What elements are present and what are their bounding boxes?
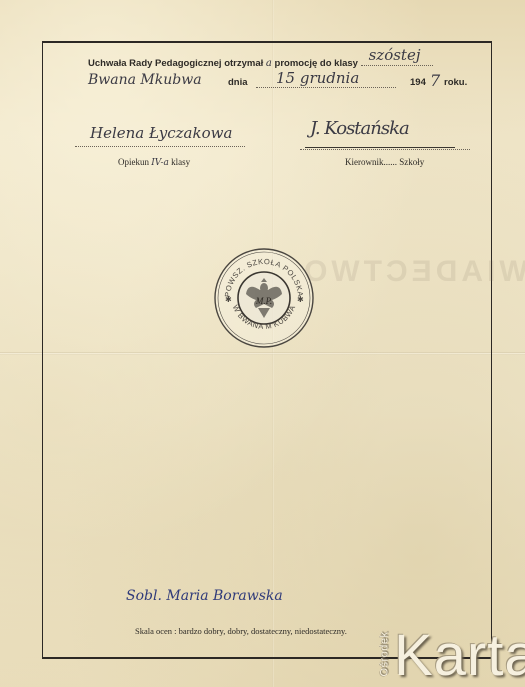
place-handwritten: Bwana Mkubwa <box>88 72 202 88</box>
watermark-small: Ośrodek <box>380 628 394 684</box>
day-month-handwritten: 15 grudnia <box>276 69 359 87</box>
svg-text:M.P.: M.P. <box>255 296 272 306</box>
gender-suffix-handwritten: a <box>266 58 272 69</box>
grading-scale: Skala ocen : bardzo dobry, dobry, dostat… <box>135 626 347 636</box>
right-signature: J. Kostańska <box>310 118 409 139</box>
bottom-handwritten-signature: Sobl. Maria Borawska <box>126 588 283 604</box>
left-signature-line <box>75 145 245 147</box>
karta-watermark: Ośrodek Karta <box>380 628 525 684</box>
caption-opiekun: Opiekun <box>118 157 149 167</box>
promotion-printed-middle: promocję do klasy <box>275 58 358 69</box>
svg-text:✱: ✱ <box>225 295 232 304</box>
caption-klasy: klasy <box>171 157 190 167</box>
school-stamp: POWSZ. SZKOŁA POLSKA W BWANA M'KUBWA ✱ ✱… <box>212 246 316 350</box>
dnia-label: dnia <box>228 77 248 88</box>
left-signature: Helena Łyczakowa <box>90 124 232 142</box>
watermark-logo: Karta <box>394 622 525 687</box>
bleed-through-title: ŚWIADECTWO <box>300 255 525 289</box>
promotion-printed-prefix: Uchwała Rady Pedagogicznej otrzymał <box>88 58 263 69</box>
class-handwritten: szóstej <box>369 46 421 64</box>
place-date-line: Bwana Mkubwa dnia 15 grudnia 194 7 roku. <box>88 77 468 97</box>
right-signature-line <box>300 148 470 150</box>
class-field: szóstej <box>361 55 433 66</box>
stamp-eagle-icon: POWSZ. SZKOŁA POLSKA W BWANA M'KUBWA ✱ ✱… <box>212 246 316 350</box>
year-digit-handwritten: 7 <box>430 71 440 90</box>
svg-text:✱: ✱ <box>297 295 304 304</box>
promotion-line: Uchwała Rady Pedagogicznej otrzymał a pr… <box>88 55 433 69</box>
roku-label: roku. <box>444 77 467 88</box>
class-number-handwritten: IV-a <box>151 158 169 168</box>
left-signature-caption: Opiekun IV-a klasy <box>118 157 190 168</box>
year-prefix: 194 <box>410 77 426 88</box>
right-signature-caption: Kierownik...... Szkoły <box>345 157 424 167</box>
